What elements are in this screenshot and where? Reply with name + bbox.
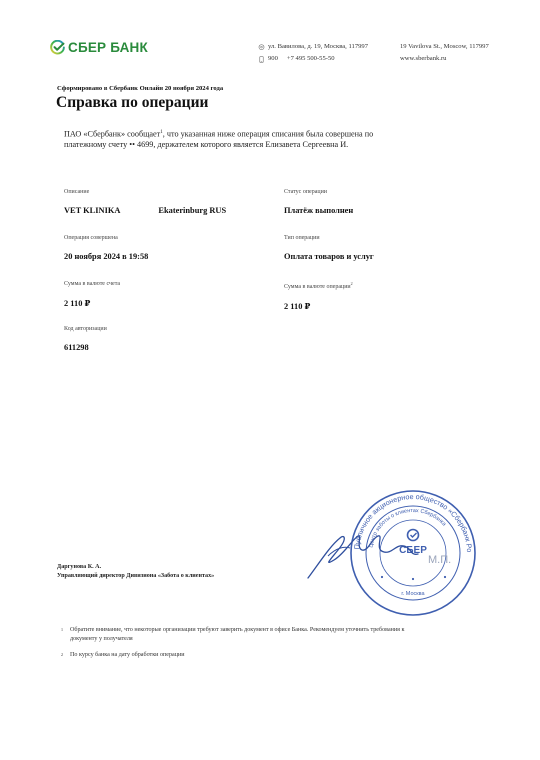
footnote-ref-2: 2	[351, 281, 353, 286]
contacts-ru: ул. Вавилова, д. 19, Москва, 117997 900 …	[258, 41, 368, 65]
svg-text:Публичное акционерное общество: Публичное акционерное общество «Сбербанк…	[300, 478, 474, 552]
address-en: 19 Vavilova St., Moscow, 117997	[400, 41, 489, 53]
field-type: Тип операции Оплата товаров и услуг	[284, 235, 374, 261]
type-value: Оплата товаров и услуг	[284, 252, 374, 261]
field-description: Описание VET KLINIKAEkaterinburg RUS	[64, 189, 226, 215]
completed-value: 20 ноября 2024 в 19:58	[64, 252, 148, 261]
svg-text:г. Москва: г. Москва	[401, 591, 425, 597]
footnote-1: 1 Обратите внимание, что некоторые орган…	[61, 626, 410, 643]
signature-icon	[308, 536, 418, 578]
map-pin-icon	[258, 44, 265, 51]
phone-long: +7 495 500-55-50	[287, 53, 335, 65]
field-label: Сумма в валюте операции2	[284, 281, 353, 290]
bank-stamp: Публичное акционерное общество «Сбербанк…	[300, 478, 530, 623]
svg-text:М.П.: М.П.	[428, 554, 451, 566]
field-label: Сумма в валюте счета	[64, 281, 120, 287]
address-ru: ул. Вавилова, д. 19, Москва, 117997	[268, 41, 368, 53]
merchant-location: Ekaterinburg RUS	[158, 206, 226, 215]
field-completed: Операция совершена 20 ноября 2024 в 19:5…	[64, 235, 148, 261]
sber-check-icon	[50, 40, 65, 55]
brand-name: СБЕР БАНК	[68, 40, 148, 55]
field-label: Код авторизации	[64, 326, 107, 332]
field-amount-operation: Сумма в валюте операции2 2 110 ₽	[284, 281, 353, 311]
signer-position: Управляющий директор Дивизиона «Забота о…	[57, 572, 214, 581]
intro-paragraph: ПАО «Сбербанк» сообщает1, что указанная …	[64, 128, 384, 149]
contacts-en: 19 Vavilova St., Moscow, 117997 www.sber…	[400, 41, 489, 65]
amount-account-value: 2 110 ₽	[64, 298, 120, 308]
phone-short: 900	[268, 53, 278, 65]
field-label: Статус операции	[284, 189, 353, 195]
merchant-name: VET KLINIKA	[64, 206, 120, 215]
website-link[interactable]: www.sberbank.ru	[400, 53, 446, 65]
generated-note: Сформировано в Сбербанк Онлайн 20 ноября…	[57, 85, 223, 92]
footnote-2: 2 По курсу банка на дату обработки опера…	[61, 651, 410, 660]
auth-code-value: 611298	[64, 343, 107, 352]
signer-block: Даргунова К. А. Управляющий директор Див…	[57, 563, 214, 581]
page-title: Справка по операции	[56, 94, 208, 112]
footnotes: 1 Обратите внимание, что некоторые орган…	[61, 626, 410, 660]
sber-logo: СБЕР БАНК	[50, 40, 148, 55]
field-amount-account: Сумма в валюте счета 2 110 ₽	[64, 281, 120, 308]
amount-operation-value: 2 110 ₽	[284, 301, 353, 311]
phone-icon	[258, 56, 265, 63]
svg-text:Центр заботы о клиентах Сберба: Центр заботы о клиентах Сбербанка	[368, 508, 447, 548]
field-status: Статус операции Платёж выполнен	[284, 189, 353, 215]
field-label: Тип операции	[284, 235, 374, 241]
field-auth-code: Код авторизации 611298	[64, 326, 107, 352]
signer-name: Даргунова К. А.	[57, 563, 214, 572]
field-label: Описание	[64, 189, 226, 195]
field-label: Операция совершена	[64, 235, 148, 241]
sber-stamp-logo-icon	[408, 530, 419, 541]
field-value: VET KLINIKAEkaterinburg RUS	[64, 206, 226, 215]
status-value: Платёж выполнен	[284, 206, 353, 215]
